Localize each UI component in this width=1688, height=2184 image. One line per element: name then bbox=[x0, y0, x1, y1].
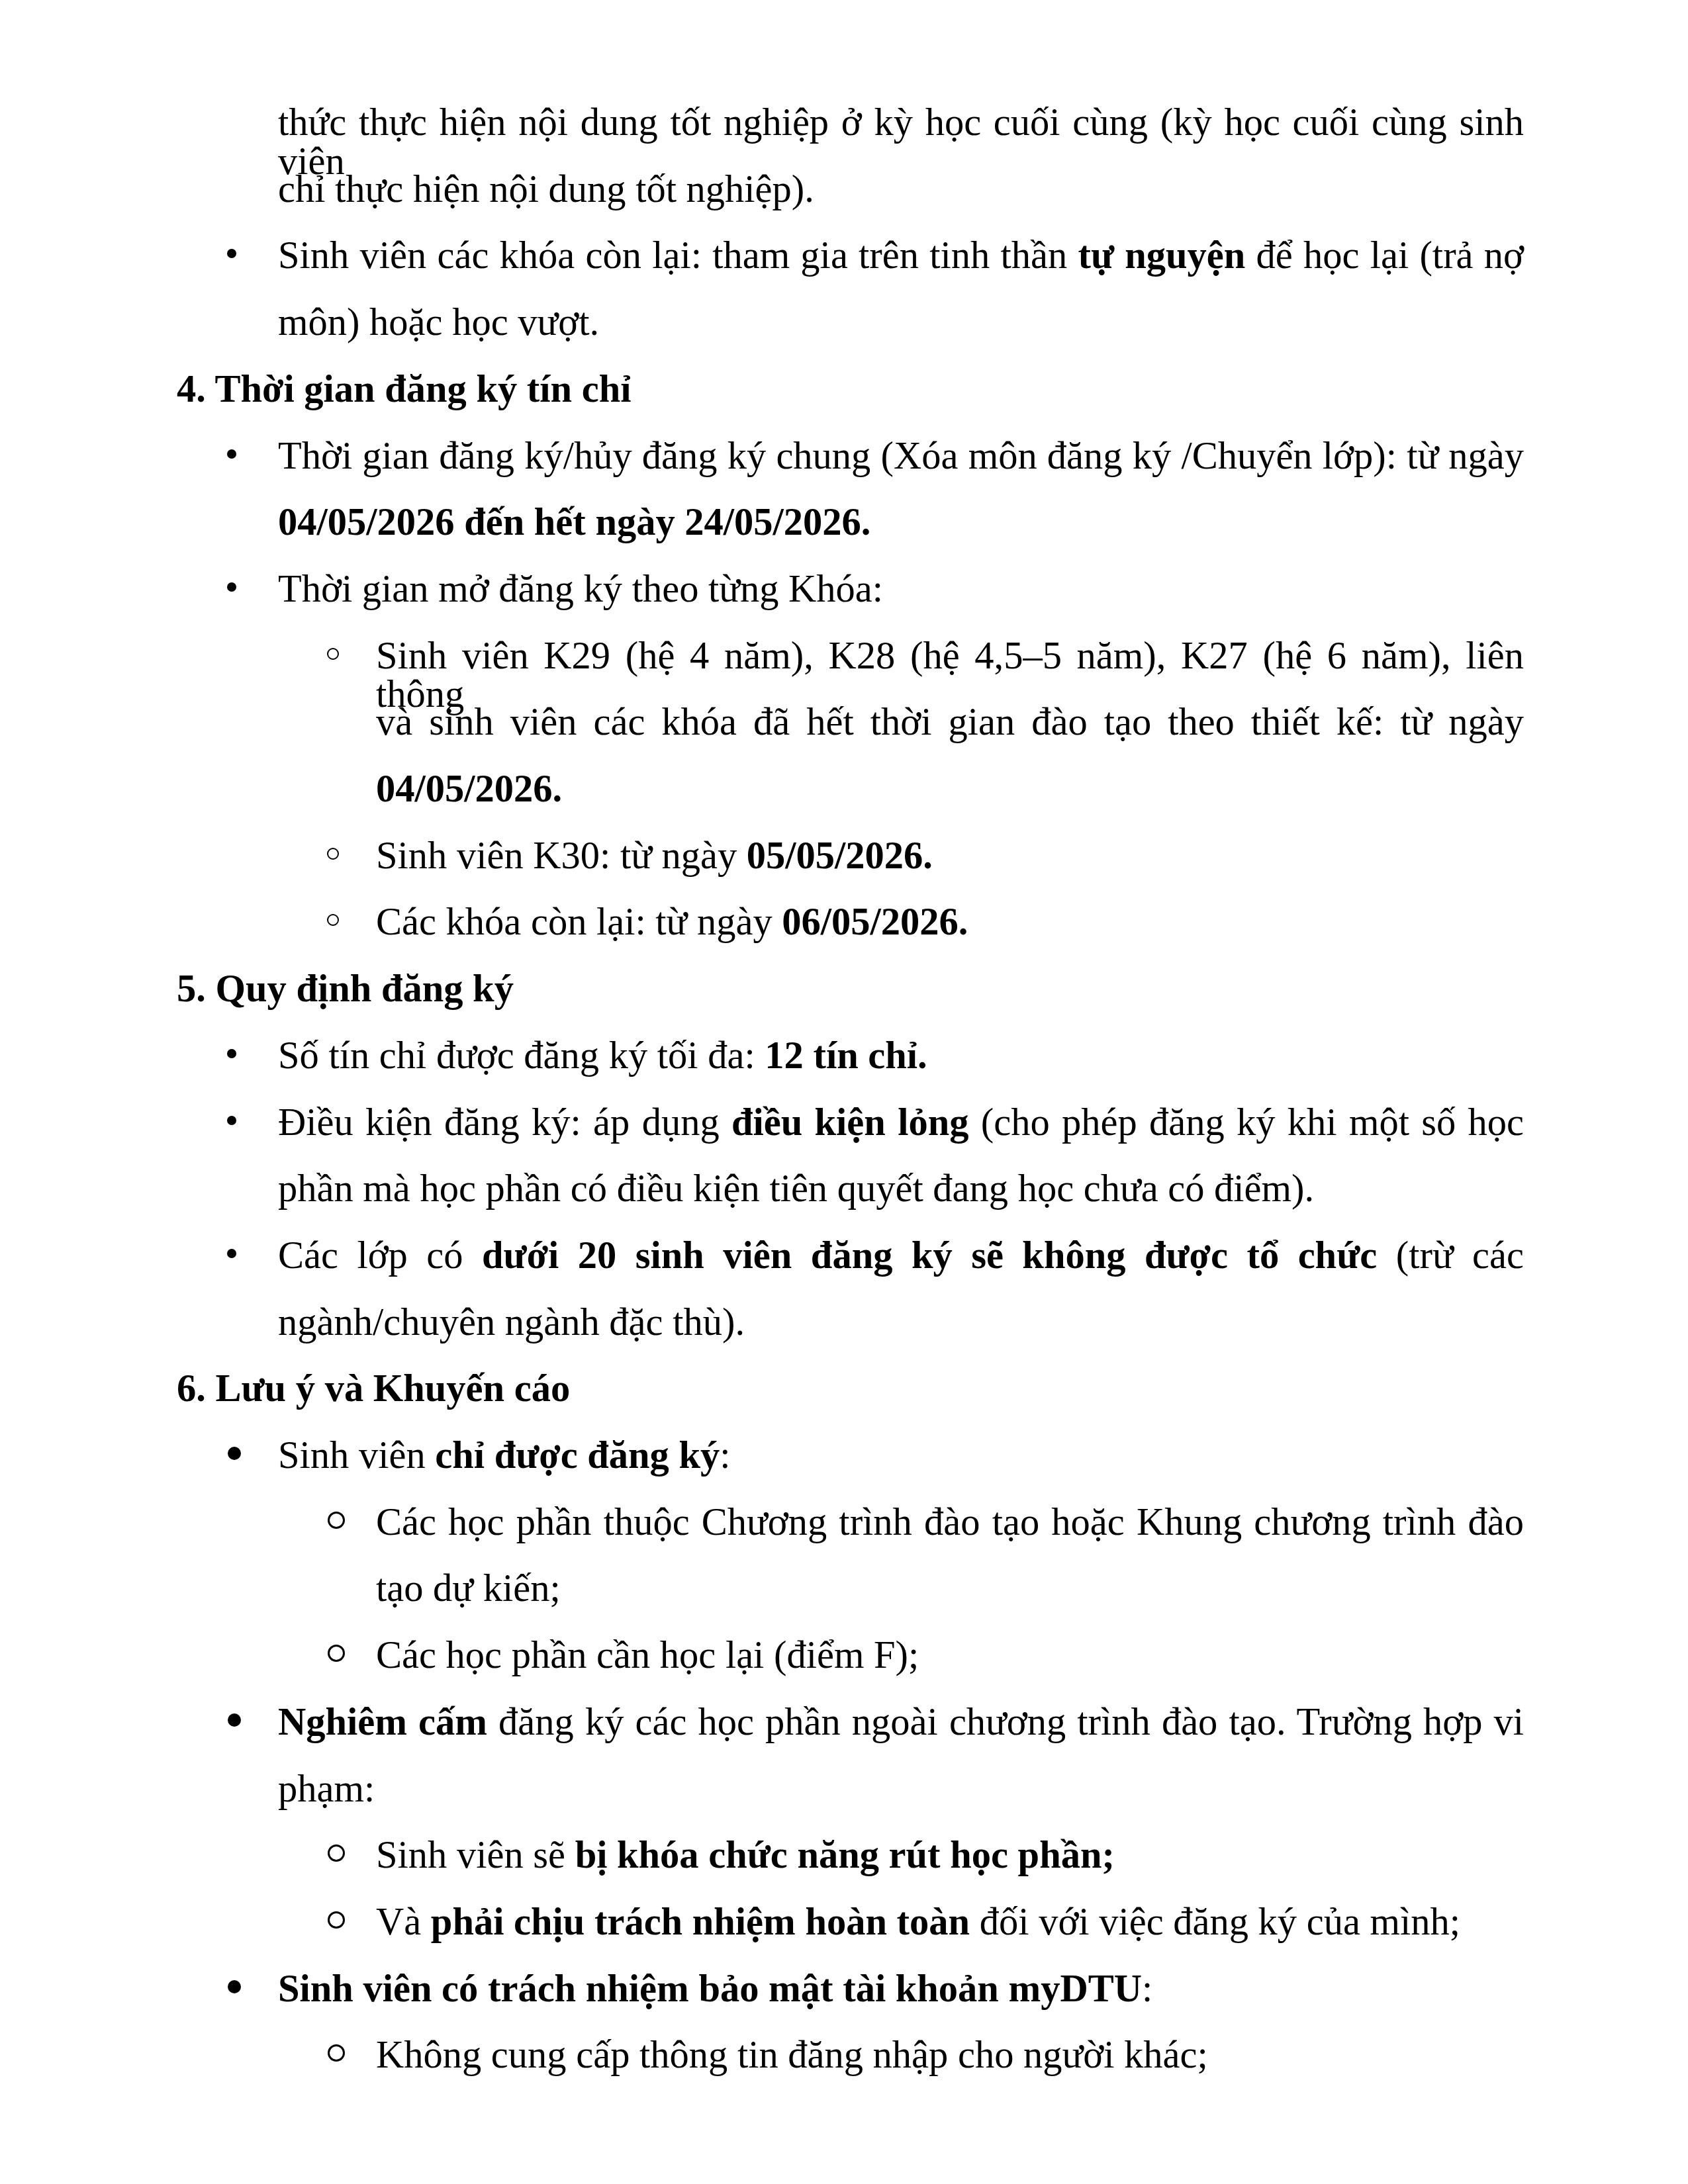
bullet-circle-icon bbox=[328, 2044, 345, 2062]
list-item-line: Sinh viên có trách nhiệm bảo mật tài kho… bbox=[278, 1970, 1152, 2009]
section-heading: 4. Thời gian đăng ký tín chỉ bbox=[177, 370, 631, 409]
text: tạo dự kiến; bbox=[376, 1567, 561, 1610]
bullet-circle-icon bbox=[327, 648, 339, 660]
text: đăng ký các học phần ngoài chương trình … bbox=[487, 1700, 1524, 1743]
text: Điều kiện đăng ký: áp dụng bbox=[278, 1101, 731, 1144]
sub-list-item-line: Các học phần cần học lại (điểm F); bbox=[376, 1636, 919, 1675]
bullet-circle-icon bbox=[328, 1645, 345, 1662]
section-heading: 5. Quy định đăng ký bbox=[177, 970, 514, 1009]
list-item-line: 04/05/2026 đến hết ngày 24/05/2026. bbox=[278, 503, 870, 542]
text: Sinh viên các khóa còn lại: tham gia trê… bbox=[278, 234, 1078, 277]
list-item-line: Số tín chỉ được đăng ký tối đa: 12 tín c… bbox=[278, 1036, 927, 1075]
text: Các lớp có bbox=[278, 1234, 482, 1277]
bold-text: 05/05/2026. bbox=[747, 834, 933, 877]
bold-text: 06/05/2026. bbox=[782, 900, 968, 943]
bold-text: điều kiện lỏng bbox=[731, 1101, 968, 1144]
text: Các học phần cần học lại (điểm F); bbox=[376, 1633, 919, 1676]
bold-text: bị khóa chức năng rút học phần; bbox=[575, 1833, 1115, 1876]
sub-list-item-line: Sinh viên K30: từ ngày 05/05/2026. bbox=[376, 837, 933, 876]
bullet-dot-icon bbox=[227, 1249, 236, 1258]
list-item-line: ngành/chuyên ngành đặc thù). bbox=[278, 1303, 745, 1342]
bold-text: chỉ được đăng ký bbox=[435, 1433, 720, 1477]
bullet-circle-icon bbox=[328, 1911, 345, 1929]
bold-text: Nghiêm cấm bbox=[278, 1700, 487, 1743]
text: và sinh viên các khóa đã hết thời gian đ… bbox=[376, 700, 1524, 743]
bold-text: phải chịu trách nhiệm hoàn toàn bbox=[431, 1900, 970, 1943]
paragraph-line: chỉ thực hiện nội dung tốt nghiệp). bbox=[278, 170, 814, 209]
text: Các khóa còn lại: từ ngày bbox=[376, 900, 782, 943]
bold-text: 12 tín chỉ. bbox=[765, 1034, 927, 1077]
text: Và bbox=[376, 1900, 431, 1943]
text: môn) hoặc học vượt. bbox=[278, 300, 599, 343]
text: Sinh viên bbox=[278, 1433, 435, 1477]
bullet-circle-icon bbox=[327, 914, 339, 926]
list-item-line: Điều kiện đăng ký: áp dụng điều kiện lỏn… bbox=[278, 1103, 1524, 1142]
bullet-dot-icon bbox=[227, 449, 236, 459]
bullet-circle-icon bbox=[328, 1844, 345, 1862]
text: Thời gian đăng ký/hủy đăng ký chung (Xóa… bbox=[278, 434, 1524, 477]
text: Sinh viên K30: từ ngày bbox=[376, 834, 747, 877]
sub-list-item-line: Không cung cấp thông tin đăng nhập cho n… bbox=[376, 2036, 1208, 2075]
text: : bbox=[1142, 1967, 1152, 2010]
text: Các học phần thuộc Chương trình đào tạo … bbox=[376, 1500, 1524, 1543]
sub-list-item-line: tạo dự kiến; bbox=[376, 1569, 561, 1608]
list-item-line: môn) hoặc học vượt. bbox=[278, 303, 599, 342]
list-item-line: Sinh viên các khóa còn lại: tham gia trê… bbox=[278, 236, 1524, 275]
bullet-circle-icon bbox=[327, 848, 339, 860]
text: Không cung cấp thông tin đăng nhập cho n… bbox=[376, 2033, 1208, 2076]
list-item-line: phạm: bbox=[278, 1770, 375, 1809]
bold-text: tự nguyện bbox=[1078, 234, 1245, 277]
sub-list-item-line: Sinh viên sẽ bị khóa chức năng rút học p… bbox=[376, 1836, 1115, 1875]
bullet-dot-icon bbox=[228, 1980, 241, 1993]
bullet-dot-icon bbox=[228, 1713, 241, 1727]
bullet-dot-icon bbox=[227, 1116, 236, 1125]
bold-text: Sinh viên có trách nhiệm bảo mật tài kho… bbox=[278, 1967, 1142, 2010]
list-item-line: Thời gian đăng ký/hủy đăng ký chung (Xóa… bbox=[278, 437, 1524, 476]
bullet-dot-icon bbox=[227, 582, 236, 592]
text: (cho phép đăng ký khi một số học bbox=[968, 1101, 1524, 1144]
bold-text: dưới 20 sinh viên đăng ký sẽ không được … bbox=[482, 1234, 1377, 1277]
text: Thời gian mở đăng ký theo từng Khóa: bbox=[278, 567, 883, 610]
text: ngành/chuyên ngành đặc thù). bbox=[278, 1300, 745, 1343]
sub-list-item-line: Các học phần thuộc Chương trình đào tạo … bbox=[376, 1503, 1524, 1542]
list-item-line: Thời gian mở đăng ký theo từng Khóa: bbox=[278, 570, 883, 609]
bullet-circle-icon bbox=[328, 1512, 345, 1529]
text: Sinh viên sẽ bbox=[376, 1833, 575, 1876]
bullet-dot-icon bbox=[227, 1049, 236, 1058]
text: Số tín chỉ được đăng ký tối đa: bbox=[278, 1034, 765, 1077]
bold-text: 04/05/2026. bbox=[376, 767, 562, 810]
list-item-line: Các lớp có dưới 20 sinh viên đăng ký sẽ … bbox=[278, 1236, 1524, 1275]
sub-list-item-line: và sinh viên các khóa đã hết thời gian đ… bbox=[376, 703, 1524, 742]
list-item-line: Sinh viên chỉ được đăng ký: bbox=[278, 1436, 731, 1475]
text: đối với việc đăng ký của mình; bbox=[970, 1900, 1460, 1943]
sub-list-item-line: Và phải chịu trách nhiệm hoàn toàn đối v… bbox=[376, 1903, 1460, 1942]
sub-list-item-line: 04/05/2026. bbox=[376, 770, 562, 809]
text: phần mà học phần có điều kiện tiên quyết… bbox=[278, 1167, 1314, 1210]
list-item-line: phần mà học phần có điều kiện tiên quyết… bbox=[278, 1169, 1314, 1208]
bullet-dot-icon bbox=[227, 249, 236, 258]
text: phạm: bbox=[278, 1767, 375, 1810]
bold-text: 04/05/2026 đến hết ngày 24/05/2026. bbox=[278, 500, 870, 543]
section-heading: 6. Lưu ý và Khuyến cáo bbox=[177, 1369, 570, 1408]
bullet-dot-icon bbox=[228, 1447, 241, 1460]
sub-list-item-line: Các khóa còn lại: từ ngày 06/05/2026. bbox=[376, 903, 968, 942]
list-item-line: Nghiêm cấm đăng ký các học phần ngoài ch… bbox=[278, 1703, 1524, 1742]
text: để học lại (trả nợ bbox=[1245, 234, 1524, 277]
text: : bbox=[720, 1433, 730, 1477]
text: (trừ các bbox=[1377, 1234, 1524, 1277]
text: chỉ thực hiện nội dung tốt nghiệp). bbox=[278, 167, 814, 210]
document-page: thức thực hiện nội dung tốt nghiệp ở kỳ … bbox=[0, 0, 1688, 2184]
